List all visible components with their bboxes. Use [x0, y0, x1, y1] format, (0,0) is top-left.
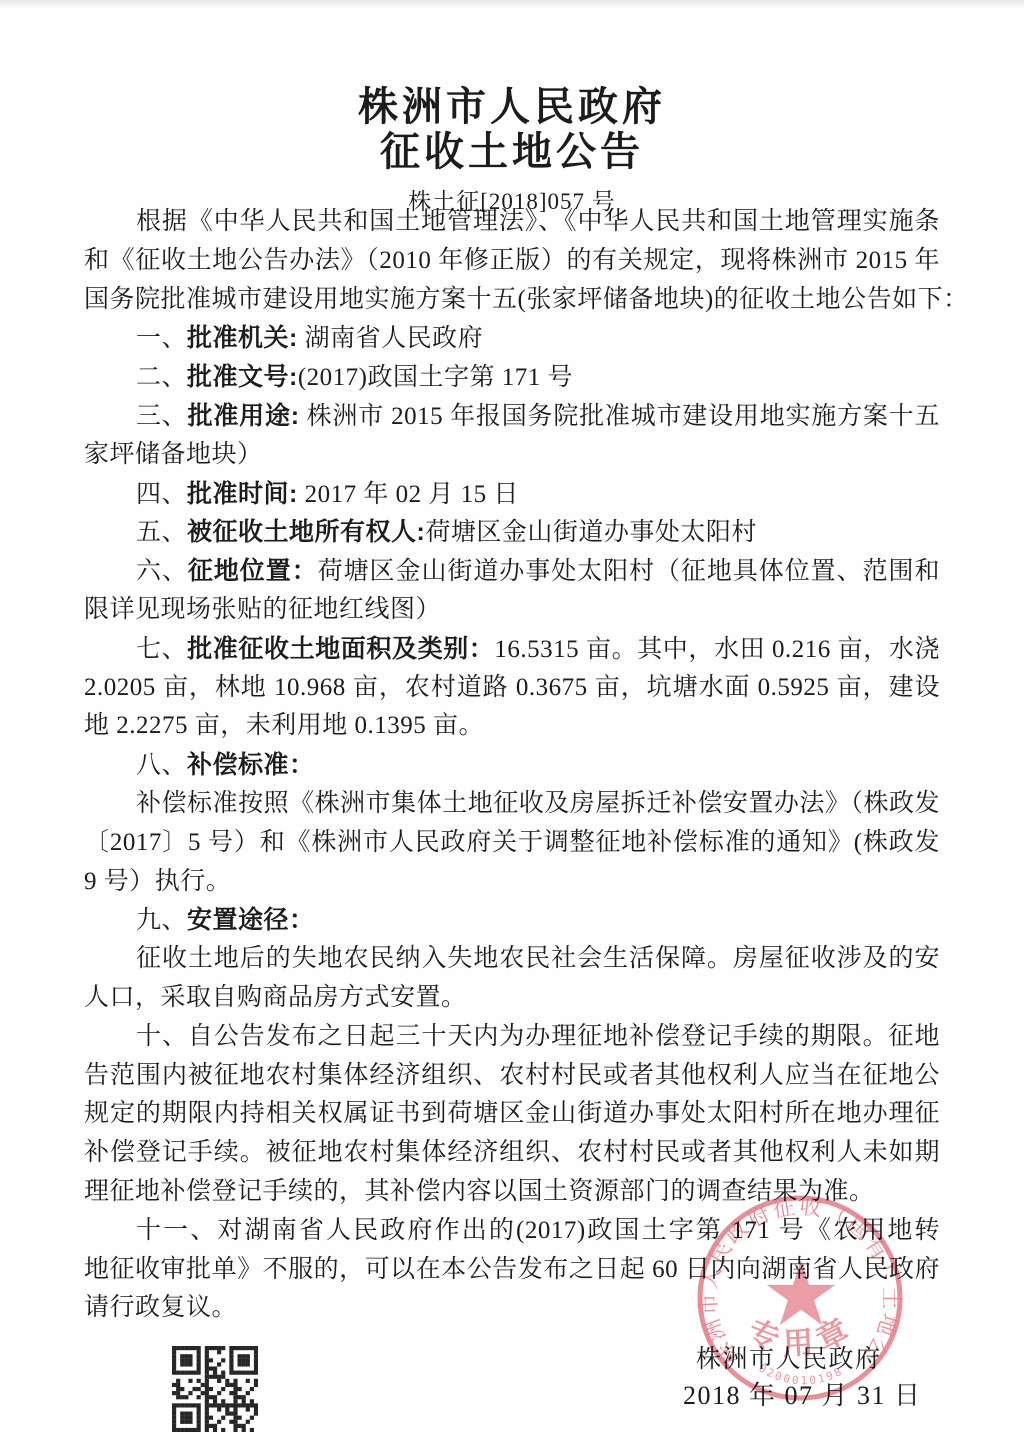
document-line: 六、征地位置：荷塘区金山街道办事处太阳村（征地具体位置、范围和界: [84, 552, 940, 591]
scanned-document-page: 株洲市人民政府 征收土地公告 株土征[2018]057 号 根据《中华人民共和国…: [0, 0, 1024, 1454]
scan-noise-edge: [0, 0, 1024, 8]
document-line: 根据《中华人民共和国土地管理法》、《中华人民共和国土地管理实施条例》: [84, 203, 940, 242]
document-line: 九、安置途径：: [84, 901, 940, 940]
document-line: 三、批准用途: 株洲市 2015 年报国务院批准城市建设用地实施方案十五(张: [84, 397, 940, 436]
document-line: 家坪储备地块）: [84, 436, 940, 475]
document-line: 四、批准时间: 2017 年 02 月 15 日: [84, 475, 940, 514]
document-line: 人口，采取自购商品房方式安置。: [84, 979, 940, 1018]
document-line: 限详见现场张贴的征地红线图）: [84, 591, 940, 630]
document-line: 9 号）执行。: [84, 863, 940, 902]
seal-serial-number: 0200010198: [756, 1362, 846, 1388]
document-title-line2: 征收土地公告: [0, 129, 1024, 174]
document-line: 和《征收土地公告办法》（2010 年修正版）的有关规定，现将株洲市 2015 年…: [84, 242, 940, 281]
svg-text:专用章: 专用章: [743, 1308, 862, 1361]
document-header: 株洲市人民政府 征收土地公告 株土征[2018]057 号: [0, 84, 1024, 216]
document-line: 五、被征收土地所有权人:荷塘区金山街道办事处太阳村: [84, 513, 940, 552]
seal-center-text: 专用章: [743, 1308, 862, 1361]
document-line: 告范围内被征地农村集体经济组织、农村村民或者其他权利人应当在征地公告: [84, 1057, 940, 1096]
official-seal: 株洲市人民政府征收（国有）土地公告 专用章 0200010198: [670, 1168, 930, 1428]
document-line: 一、批准机关: 湖南省人民政府: [84, 319, 940, 358]
document-line: 征收土地后的失地农民纳入失地农民社会生活保障。房屋征收涉及的安置: [84, 940, 940, 979]
document-line: 规定的期限内持相关权属证书到荷塘区金山街道办事处太阳村所在地办理征地: [84, 1095, 940, 1134]
qr-code: [172, 1346, 258, 1432]
seal-star-icon: [767, 1260, 835, 1325]
document-line: 国务院批准城市建设用地实施方案十五(张家坪储备地块)的征收土地公告如下：: [84, 281, 940, 320]
document-line: 十、自公告发布之日起三十天内为办理征地补偿登记手续的期限。征地公: [84, 1018, 940, 1057]
svg-text:0200010198: 0200010198: [756, 1362, 846, 1388]
document-line: 七、批准征收土地面积及类别：16.5315 亩。其中，水田 0.216 亩，水浇…: [84, 630, 940, 669]
document-line: 二、批准文号:(2017)政国土字第 171 号: [84, 358, 940, 397]
document-title-line1: 株洲市人民政府: [0, 84, 1024, 129]
document-line: 地 2.2275 亩，未利用地 0.1395 亩。: [84, 707, 940, 746]
document-line: 补偿标准按照《株洲市集体土地征收及房屋拆迁补偿安置办法》（株政发: [84, 785, 940, 824]
document-line: 〔2017〕5 号）和《株洲市人民政府关于调整征地补偿标准的通知》(株政发[20…: [84, 824, 940, 863]
document-line: 八、补偿标准：: [84, 746, 940, 785]
document-body: 根据《中华人民共和国土地管理法》、《中华人民共和国土地管理实施条例》和《征收土地…: [84, 203, 940, 1328]
document-line: 2.0205 亩，林地 10.968 亩，农村道路 0.3675 亩，坑塘水面 …: [84, 669, 940, 708]
